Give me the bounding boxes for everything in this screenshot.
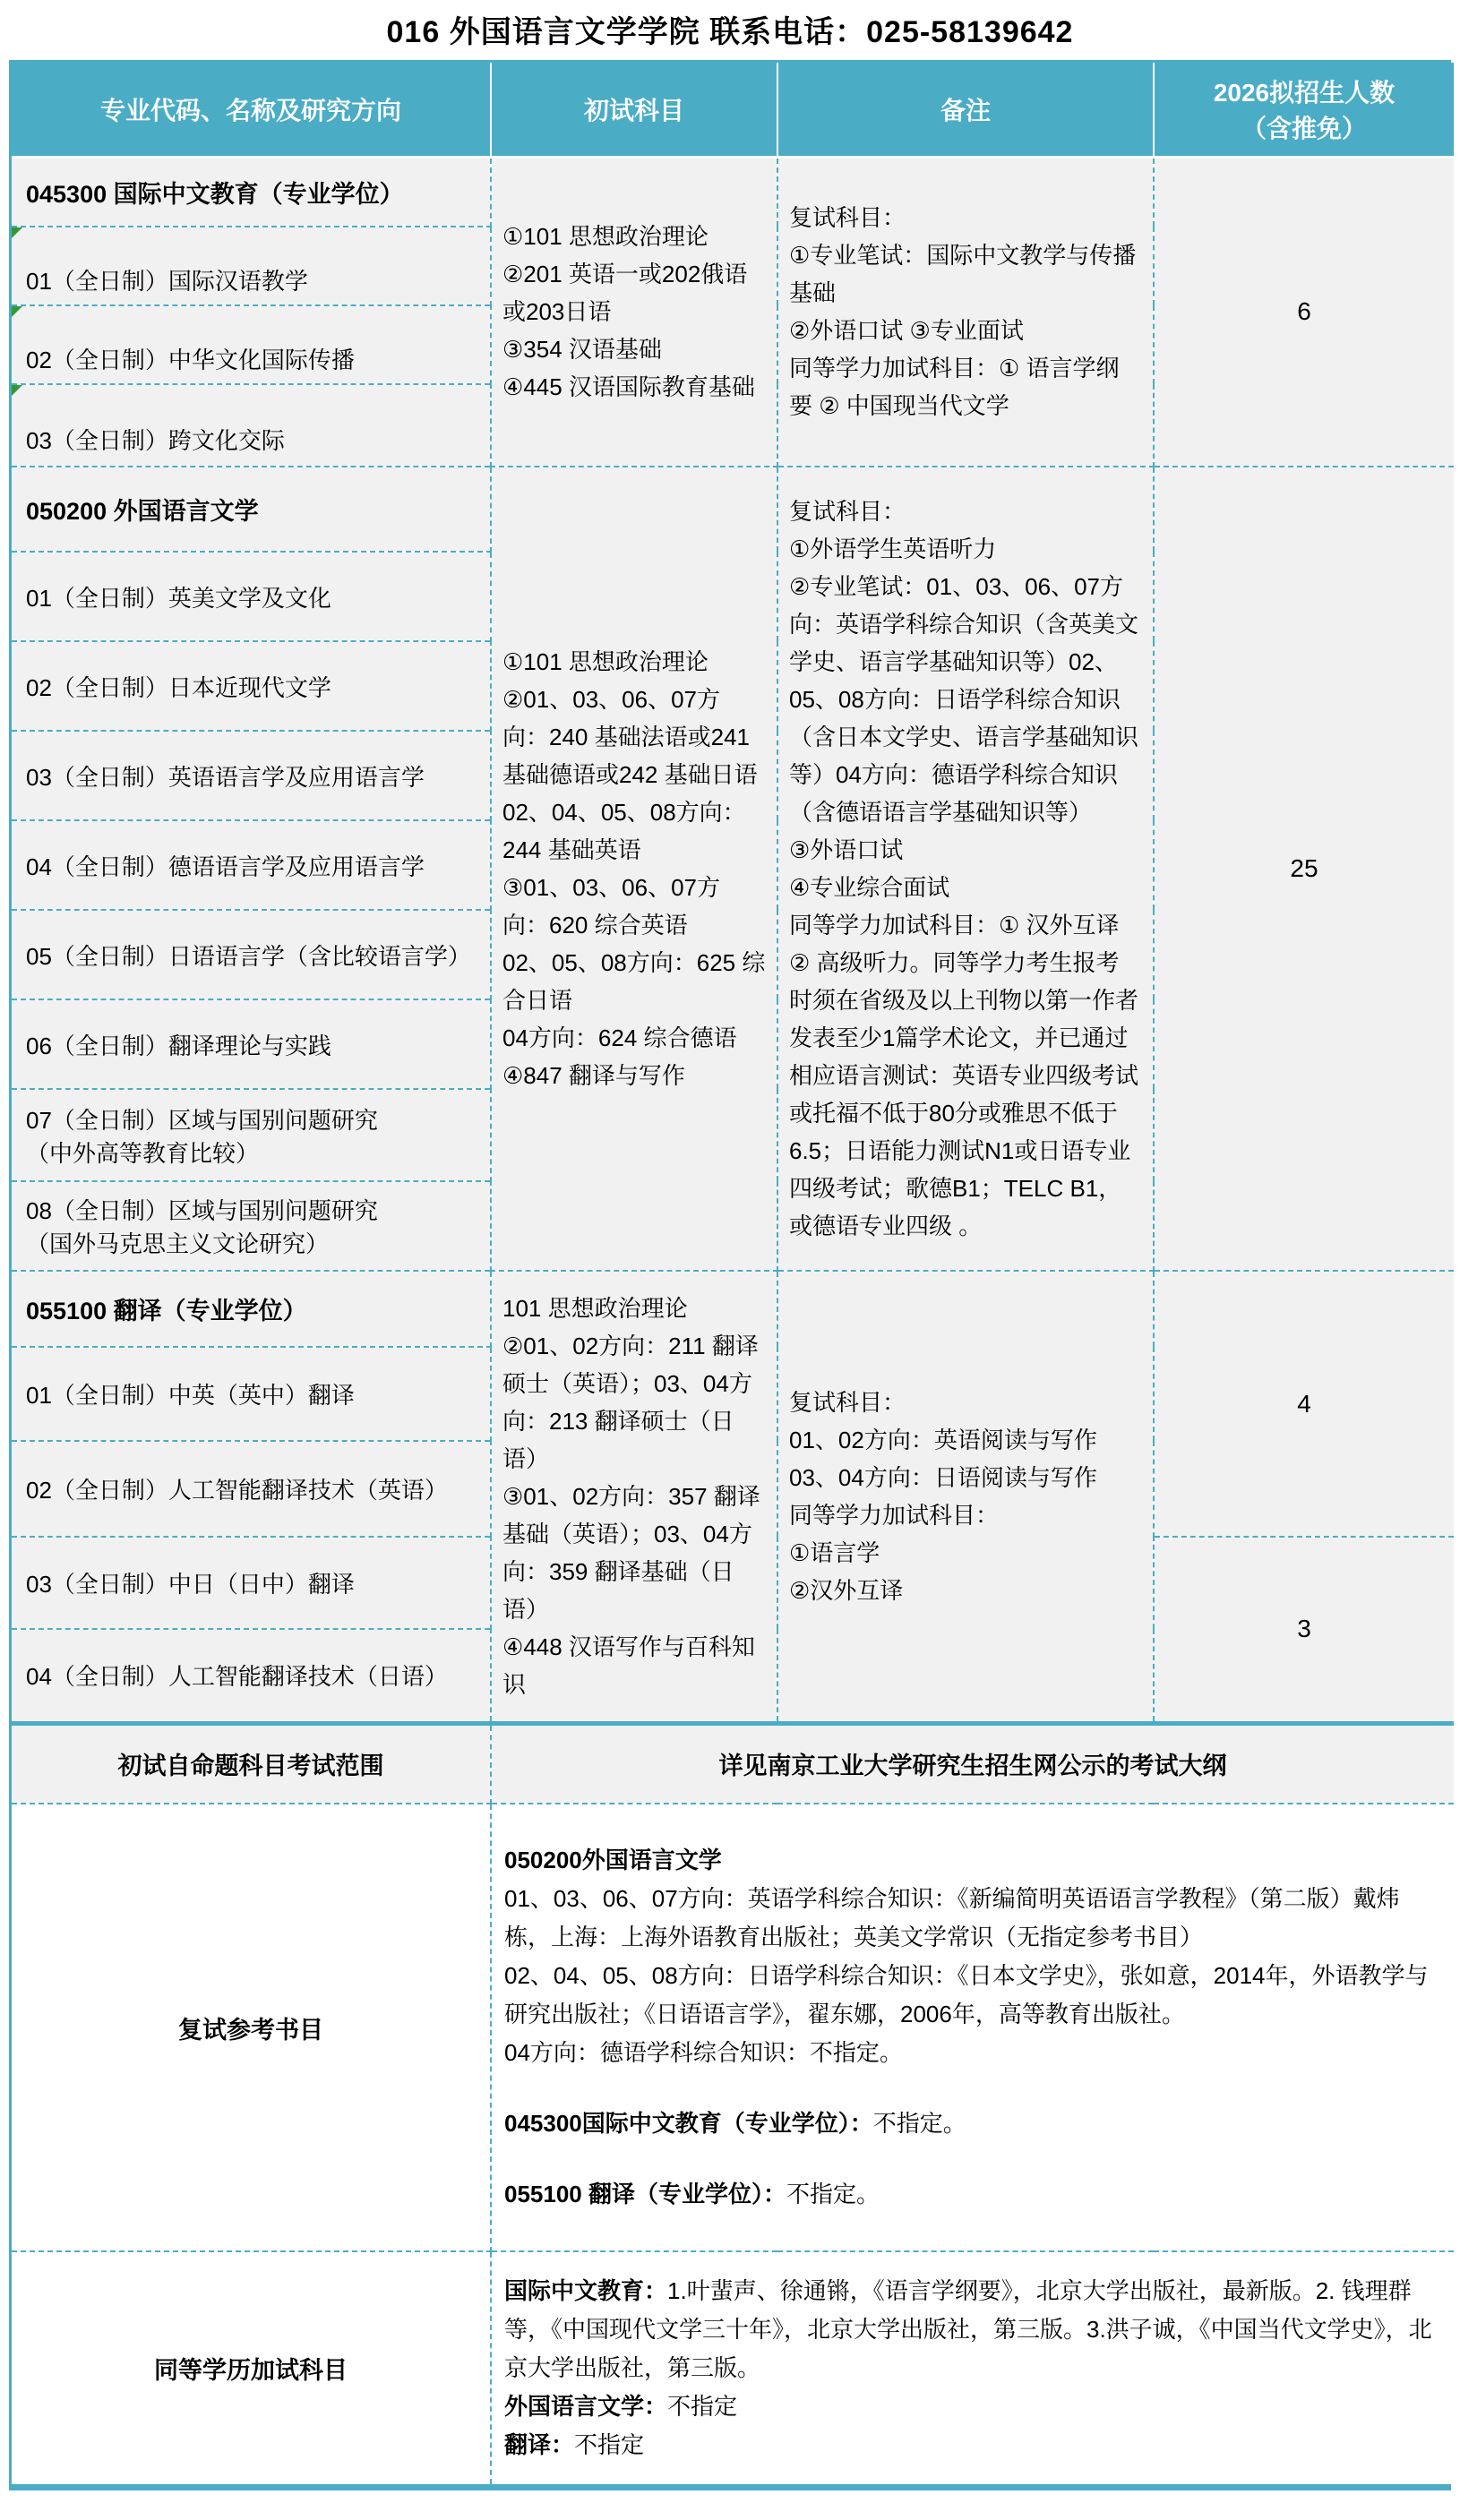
reference-paragraph-text: 02、04、05、08方向：日语学科综合知识：《日本文学史》，张如意，2014年… — [504, 1962, 1429, 2027]
remark-line: ①外语学生英语听力 — [789, 530, 1142, 568]
remark-line: 复试科目： — [789, 199, 1142, 236]
equivalency-paragraph-text: 不指定 — [574, 2431, 644, 2458]
admissions-table: 专业代码、名称及研究方向 初试科目 备注 2026拟招生人数 （含推免） 045… — [12, 63, 1454, 2484]
subject-line: 02、04、05、08方向：244 基础英语 — [502, 793, 766, 869]
reference-paragraph-bold: 050200外国语言文学 — [504, 1847, 722, 1873]
section2-direction-04: 04（全日制）德语语言学及应用语言学 — [12, 820, 491, 910]
admissions-table-frame: 专业代码、名称及研究方向 初试科目 备注 2026拟招生人数 （含推免） 045… — [9, 60, 1451, 2490]
reference-paragraph-text: 01、03、06、07方向：英语学科综合知识：《新编简明英语语言学教程》（第二版… — [504, 1885, 1400, 1950]
subject-line: ②201 英语一或202俄语或203日语 — [502, 255, 766, 330]
remark-line: ①专业笔试：国际中文教学与传播基础 — [789, 236, 1142, 312]
subject-line: ④445 汉语国际教育基础 — [502, 368, 766, 406]
subject-line: ④448 汉语写作与百科知识 — [502, 1628, 766, 1703]
section1-code: 045300 国际中文教育（专业学位） — [12, 157, 491, 227]
remark-line: 同等学力加试科目：① 语言学纲要 ② 中国现当代文学 — [789, 349, 1142, 424]
remark-line: ②汉外互译 — [789, 1572, 1142, 1609]
exam-range-value: 详见南京工业大学研究生招生网公示的考试大纲 — [491, 1723, 1454, 1804]
reference-paragraph-text: 不指定。 — [873, 2110, 966, 2137]
equivalency-paragraph-bold: 国际中文教育： — [504, 2277, 667, 2304]
section3-enrollment-count-lower: 3 — [1154, 1537, 1454, 1723]
header-enrollment-line1: 2026拟招生人数 — [1164, 73, 1445, 109]
section2-direction-07: 07（全日制）区域与国别问题研究 （中外高等教育比较） — [12, 1089, 491, 1181]
remark-line: 同等学力加试科目：① 汉外互译 ② 高级听力。同等学力考生报考时须在省级及以上刊… — [789, 906, 1142, 1245]
subject-line: ③354 汉语基础 — [502, 330, 766, 368]
section2-direction-02: 02（全日制）日本近现代文学 — [12, 641, 491, 731]
section2-code-row: 050200 外国语言文学 ①101 思想政治理论 ②01、03、06、07方向… — [12, 467, 1454, 552]
section2-direction-08: 08（全日制）区域与国别问题研究 （国外马克思主义文论研究） — [12, 1181, 491, 1271]
section3-remarks: 复试科目： 01、02方向：英语阅读与写作 03、04方向：日语阅读与写作 同等… — [777, 1271, 1154, 1723]
reference-paragraph-bold: 055100 翻译（专业学位）： — [504, 2181, 786, 2207]
remark-line: ①语言学 — [789, 1534, 1142, 1572]
section2-direction-06: 06（全日制）翻译理论与实践 — [12, 999, 491, 1089]
reference-paragraph-text: 04方向：德语学科综合知识：不指定。 — [504, 2039, 903, 2066]
direction-label: 03（全日制）跨文化交际 — [26, 427, 285, 454]
section2-direction-01: 01（全日制）英美文学及文化 — [12, 552, 491, 641]
exam-range-row: 初试自命题科目考试范围 详见南京工业大学研究生招生网公示的考试大纲 — [12, 1723, 1454, 1804]
page-title: 016 外国语言文学学院 联系电话：025-58139642 — [0, 7, 1460, 51]
section2-subjects: ①101 思想政治理论 ②01、03、06、07方向：240 基础法语或241 … — [491, 467, 777, 1271]
header-initial-subjects: 初试科目 — [491, 63, 777, 157]
remark-line: 复试科目： — [789, 1384, 1142, 1421]
subject-line: ②01、02方向：211 翻译硕士（英语）；03、04方向：213 翻译硕士（日… — [502, 1327, 766, 1478]
subject-line: 04方向：624 综合德语 — [502, 1019, 766, 1057]
subject-line: ①101 思想政治理论 — [502, 643, 766, 681]
equivalency-row: 同等学历加试科目 国际中文教育：1.叶蜚声、徐通锵，《语言学纲要》，北京大学出版… — [12, 2251, 1454, 2484]
direction-label: 02（全日制）中华文化国际传播 — [26, 347, 355, 373]
section2-direction-03: 03（全日制）英语语言学及应用语言学 — [12, 731, 491, 820]
subject-line: ①101 思想政治理论 — [502, 218, 766, 255]
section1-remarks: 复试科目： ①专业笔试：国际中文教学与传播基础 ②外语口试 ③专业面试 同等学力… — [777, 157, 1154, 467]
section3-code: 055100 翻译（专业学位） — [12, 1271, 491, 1347]
section1-direction-01: 01（全日制）国际汉语教学 — [12, 227, 491, 305]
equivalency-paragraph-bold: 翻译： — [504, 2431, 574, 2458]
remark-line: 01、02方向：英语阅读与写作 — [789, 1421, 1142, 1459]
section1-subjects: ①101 思想政治理论 ②201 英语一或202俄语或203日语 ③354 汉语… — [491, 157, 777, 467]
section2-code: 050200 外国语言文学 — [12, 467, 491, 552]
subject-line: ③01、02方向：357 翻译基础（英语）；03、04方向：359 翻译基础（日… — [502, 1478, 766, 1628]
remark-line: 同等学力加试科目： — [789, 1496, 1142, 1534]
reference-books-label: 复试参考书目 — [12, 1804, 491, 2251]
remark-line: 03、04方向：日语阅读与写作 — [789, 1459, 1142, 1496]
section2-direction-05: 05（全日制）日语语言学（含比较语言学） — [12, 910, 491, 999]
comment-marker-icon — [12, 227, 22, 238]
remark-line: ④专业综合面试 — [789, 869, 1142, 906]
equivalency-content: 国际中文教育：1.叶蜚声、徐通锵，《语言学纲要》，北京大学出版社，最新版。2. … — [491, 2251, 1454, 2484]
subject-line: ③01、03、06、07方向：620 综合英语 — [502, 869, 766, 944]
section1-code-row: 045300 国际中文教育（专业学位） ①101 思想政治理论 ②201 英语一… — [12, 157, 1454, 227]
exam-range-label: 初试自命题科目考试范围 — [12, 1723, 491, 1804]
equivalency-label: 同等学历加试科目 — [12, 2251, 491, 2484]
remark-line: 复试科目： — [789, 493, 1142, 530]
reference-books-content: 050200外国语言文学 01、03、06、07方向：英语学科综合知识：《新编简… — [491, 1804, 1454, 2251]
section2-enrollment-count: 25 — [1154, 467, 1454, 1271]
direction-label: 01（全日制）国际汉语教学 — [26, 268, 308, 295]
section1-enrollment-count: 6 — [1154, 157, 1454, 467]
comment-marker-icon — [12, 385, 22, 396]
section3-subjects: 101 思想政治理论 ②01、02方向：211 翻译硕士（英语）；03、04方向… — [491, 1271, 777, 1723]
section3-direction-02: 02（全日制）人工智能翻译技术（英语） — [12, 1441, 491, 1537]
subject-line: 101 思想政治理论 — [502, 1290, 766, 1327]
section3-direction-01: 01（全日制）中英（英中）翻译 — [12, 1347, 491, 1441]
section1-direction-02: 02（全日制）中华文化国际传播 — [12, 305, 491, 384]
remark-line: ②专业笔试：01、03、06、07方向：英语学科综合知识（含英美文学史、语言学基… — [789, 568, 1142, 831]
subject-line: ②01、03、06、07方向：240 基础法语或241 基础德语或242 基础日… — [502, 681, 766, 793]
section2-remarks: 复试科目： ①外语学生英语听力 ②专业笔试：01、03、06、07方向：英语学科… — [777, 467, 1154, 1271]
section3-direction-04: 04（全日制）人工智能翻译技术（日语） — [12, 1629, 491, 1723]
comment-marker-icon — [12, 306, 22, 317]
equivalency-paragraph-text: 不指定 — [667, 2393, 737, 2420]
section3-code-row: 055100 翻译（专业学位） 101 思想政治理论 ②01、02方向：211 … — [12, 1271, 1454, 1347]
equivalency-paragraph-bold: 外国语言文学： — [504, 2393, 667, 2420]
reference-books-row: 复试参考书目 050200外国语言文学 01、03、06、07方向：英语学科综合… — [12, 1804, 1454, 2251]
table-header-row: 专业代码、名称及研究方向 初试科目 备注 2026拟招生人数 （含推免） — [12, 63, 1454, 157]
section1-direction-03: 03（全日制）跨文化交际 — [12, 384, 491, 467]
remark-line: ②外语口试 ③专业面试 — [789, 312, 1142, 349]
remark-line: ③外语口试 — [789, 831, 1142, 869]
subject-line: ④847 翻译与写作 — [502, 1057, 766, 1094]
header-enrollment-line2: （含推免） — [1164, 109, 1445, 145]
header-major-code: 专业代码、名称及研究方向 — [12, 63, 491, 157]
header-enrollment: 2026拟招生人数 （含推免） — [1154, 63, 1454, 157]
reference-paragraph-text: 不指定。 — [786, 2181, 880, 2207]
section3-direction-03: 03（全日制）中日（日中）翻译 — [12, 1537, 491, 1629]
subject-line: 02、05、08方向：625 综合日语 — [502, 944, 766, 1019]
reference-paragraph-bold: 045300国际中文教育（专业学位）： — [504, 2110, 873, 2137]
header-remarks: 备注 — [777, 63, 1154, 157]
section3-enrollment-count-upper: 4 — [1154, 1271, 1454, 1537]
